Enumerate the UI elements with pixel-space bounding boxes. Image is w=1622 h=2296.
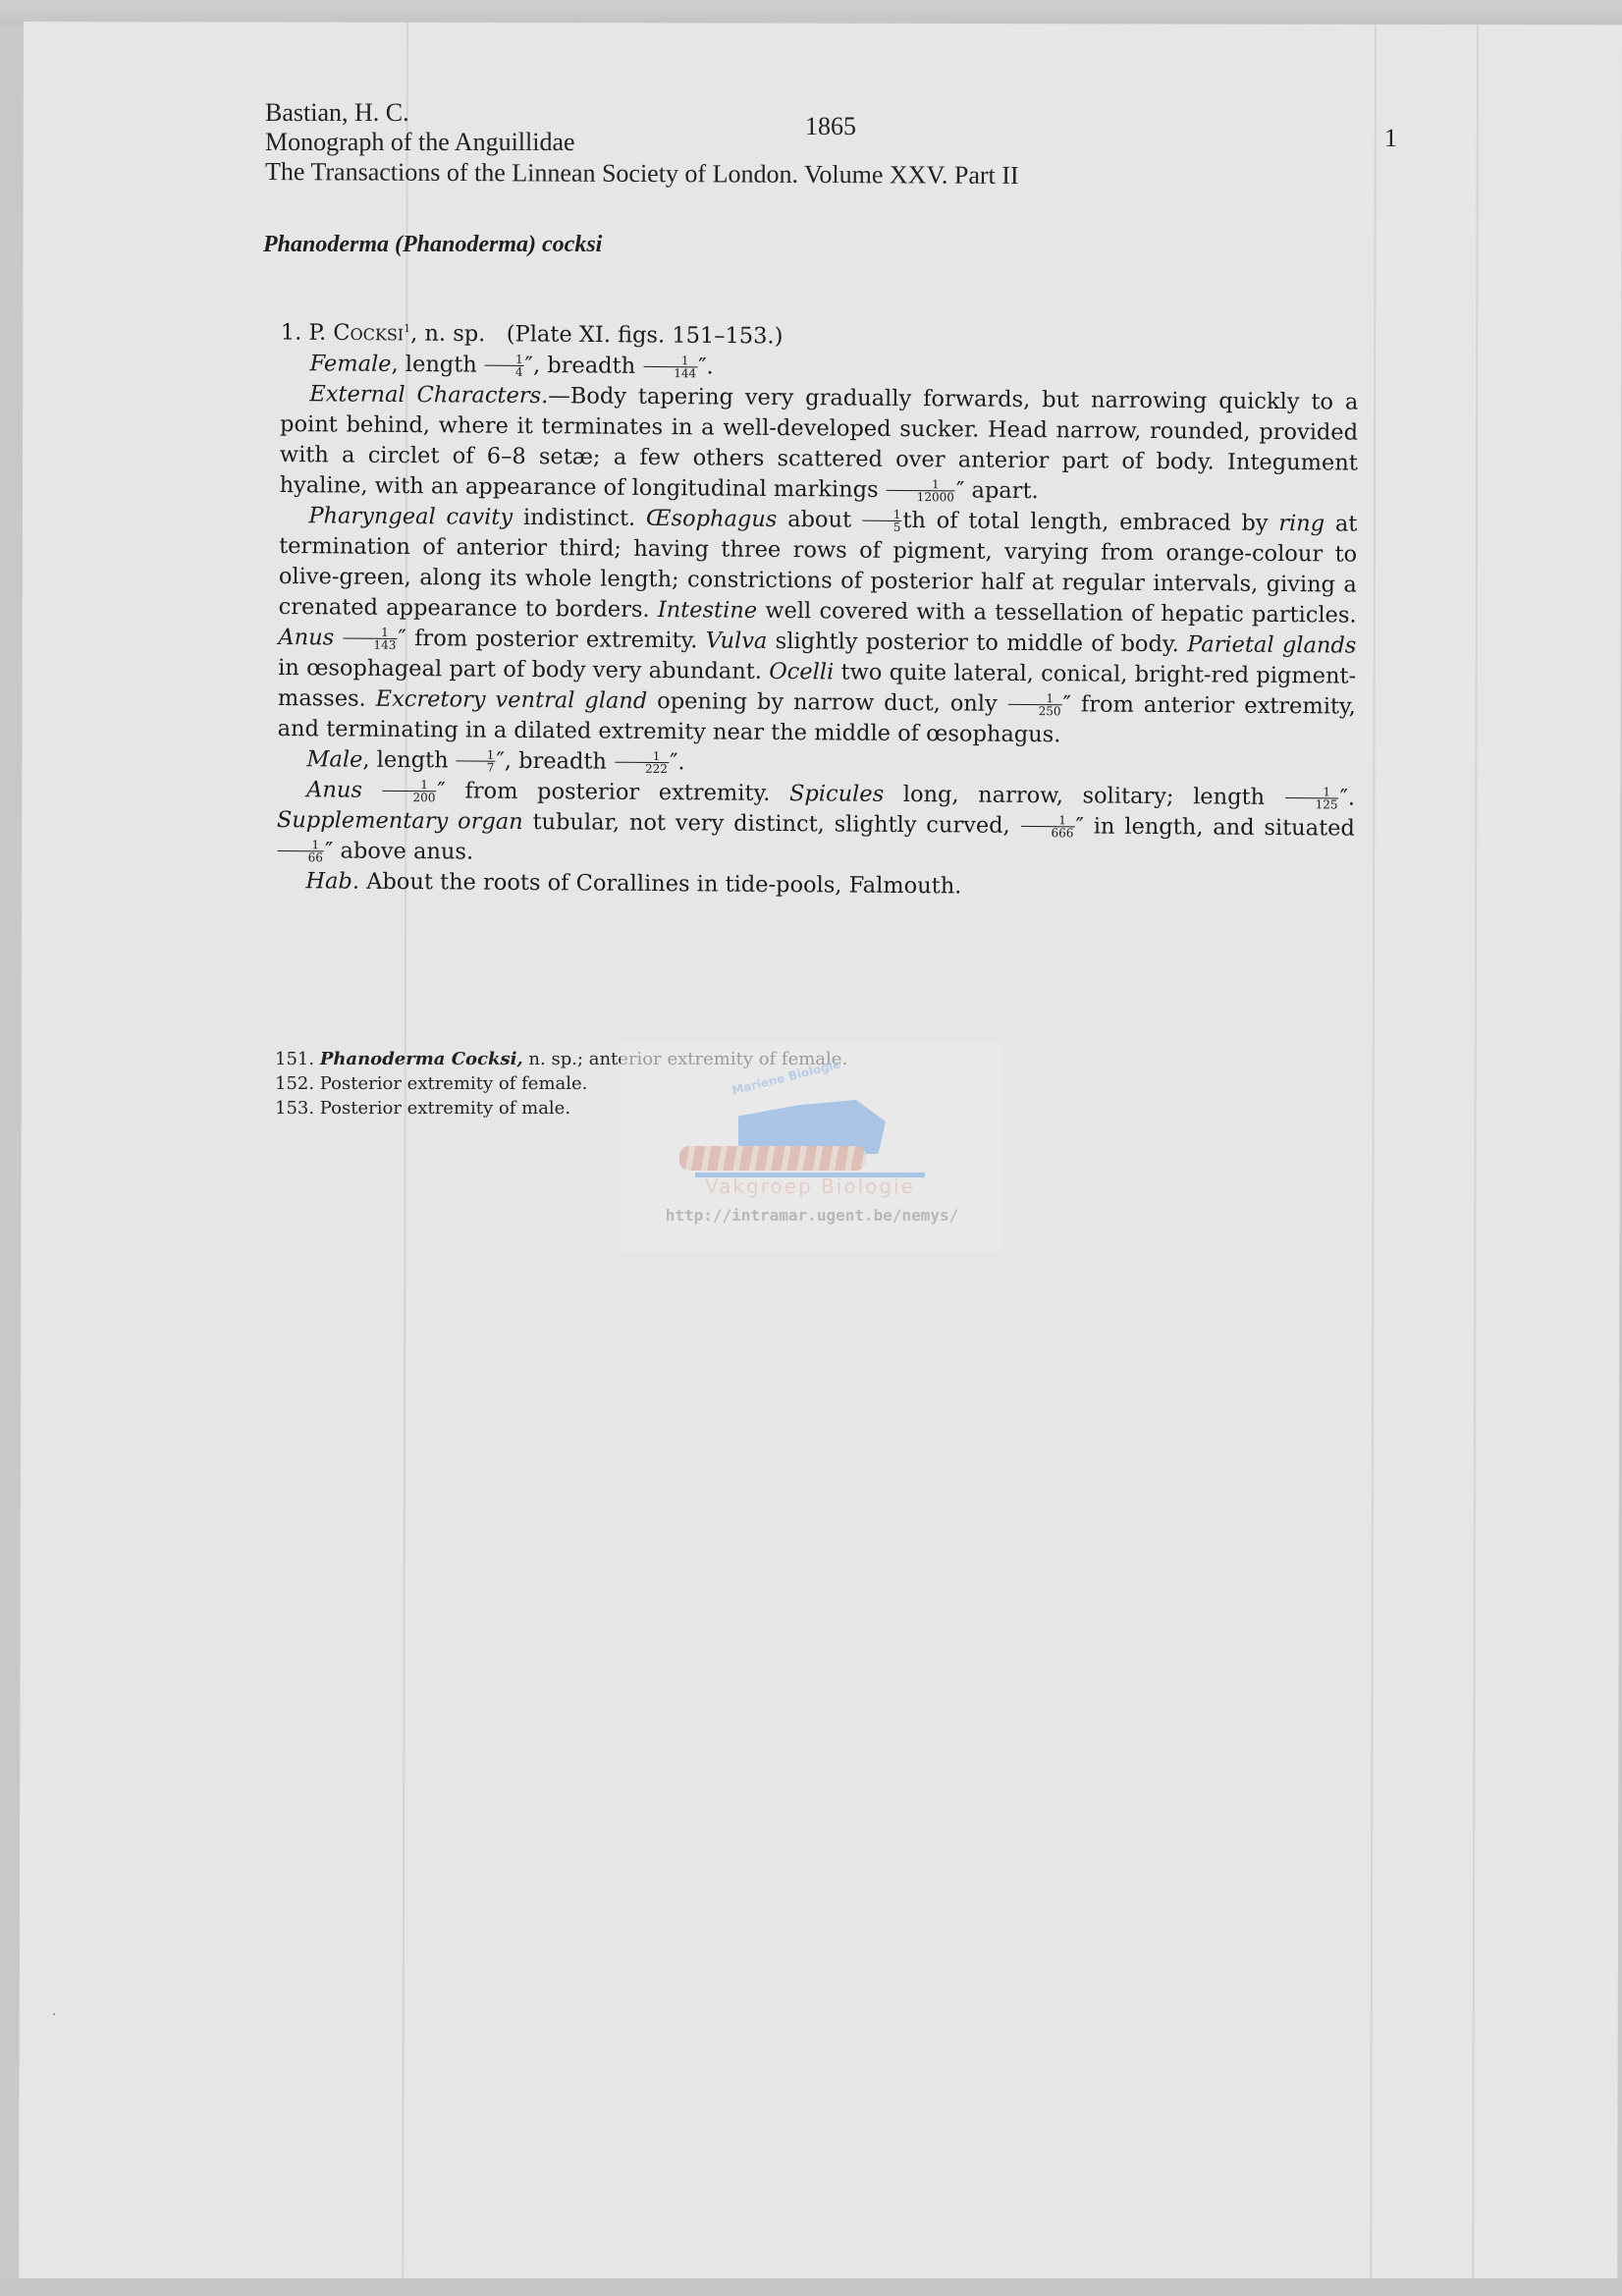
fraction: 14	[485, 354, 524, 378]
seaweed-icon	[679, 1146, 866, 1171]
scan-bottom-edge	[0, 2278, 1622, 2296]
species-name: Cocksi	[333, 320, 404, 347]
fraction: 1125	[1285, 786, 1339, 810]
internal-anatomy: Pharyngeal cavity indistinct. Œsophagus …	[278, 500, 1358, 752]
fraction: 15	[863, 509, 902, 533]
watermark-arc-text: Mariene Biologie	[730, 1057, 842, 1097]
fraction: 1222	[615, 750, 669, 775]
page-number: 1	[1384, 124, 1397, 153]
fraction: 112000	[887, 478, 955, 504]
publication-year: 1865	[805, 112, 856, 141]
journal-reference: The Transactions of the Linnean Society …	[265, 157, 1404, 192]
fraction: 1200	[382, 779, 436, 803]
watermark-logo: Mariene Biologie Vakgroep Biologie http:…	[621, 1043, 1003, 1251]
scan-artifact-line	[1472, 25, 1479, 2283]
watermark-url: http://intramar.ugent.be/nemys/	[650, 1206, 974, 1225]
fraction: 166	[278, 839, 324, 863]
plate-reference: (Plate XI. figs. 151–153.)	[507, 321, 784, 349]
scan-artifact-line	[1370, 25, 1377, 2283]
fraction: 1250	[1008, 692, 1062, 717]
fraction: 1666	[1021, 814, 1075, 839]
taxon-name: Phanoderma (Phanoderma) cocksi	[263, 232, 602, 258]
species-description: 1. P. Cocksi1, n. sp. (Plate XI. figs. 1…	[276, 312, 1359, 904]
fraction: 1144	[643, 355, 697, 379]
fraction: 17	[457, 748, 496, 773]
scan-speck	[53, 2013, 55, 2015]
watermark-name: Vakgroep Biologie	[695, 1175, 925, 1198]
external-characters: External Characters.—Body tapering very …	[279, 378, 1358, 509]
male-details: Anus 1200″ from posterior extremity. Spi…	[277, 774, 1356, 874]
fraction: 1143	[343, 627, 397, 651]
